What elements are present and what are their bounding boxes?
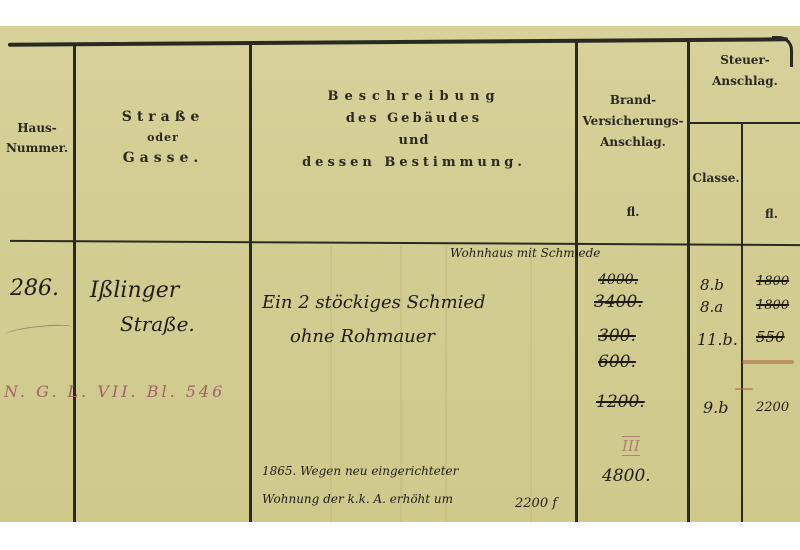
description-line-2: ohne Rohmauer (290, 326, 435, 347)
faint-rule (330, 246, 332, 522)
tax-value: 550 (756, 328, 785, 346)
fire-insurance-value-current: 4800. (602, 466, 651, 486)
header-text: Beschreibung (252, 90, 576, 103)
header-fire-insurance-unit: fl. (578, 206, 688, 218)
tax-class: 8.a (700, 298, 723, 316)
header-bottom-rule (10, 240, 800, 246)
pencil-mark (4, 322, 75, 340)
header-text: Straße (76, 110, 250, 124)
faint-rule (445, 246, 447, 522)
header-street: Straße oder Gasse. (76, 110, 250, 165)
header-tax: Steuer- Anschlag. (690, 54, 800, 87)
header-text: dessen Bestimmung. (252, 156, 576, 169)
header-description: Beschreibung des Gebäudes und dessen Bes… (252, 90, 576, 169)
note-1865-line-1: 1865. Wegen neu eingerichteter (262, 464, 458, 478)
header-text: Versicherungs- (578, 115, 688, 127)
fire-insurance-value: 1200. (596, 392, 645, 412)
header-text: Anschlag. (578, 136, 688, 148)
header-tax-unit: fl. (743, 208, 800, 220)
header-text: des Gebäudes (252, 112, 576, 125)
description-line-1: Ein 2 stöckiges Schmied (262, 292, 486, 313)
tax-class: 8.b (700, 276, 724, 294)
header-text: Brand- (578, 94, 688, 106)
header-fire-insurance: Brand- Versicherungs- Anschlag. (578, 94, 688, 148)
header-tax-class: Classe. (690, 172, 742, 184)
header-text: Haus- (0, 122, 74, 134)
header-text: Gasse. (76, 151, 250, 165)
ink-smear (742, 360, 794, 364)
tax-value: 1800 (756, 298, 789, 313)
entry-street-line-1: Ißlinger (90, 278, 179, 303)
tax-value: 1800 (756, 274, 789, 289)
fire-insurance-value: 3400. (594, 292, 643, 312)
header-text: Anschlag. (690, 75, 800, 87)
note-1865-amount: 2200 f (515, 496, 557, 511)
entry-house-number: 286. (10, 276, 59, 301)
header-text: und (252, 134, 576, 147)
fire-insurance-value: 300. (598, 326, 636, 346)
tax-class: 11.b. (697, 330, 738, 349)
header-text: Steuer- (690, 54, 800, 66)
fire-insurance-value: 4000. (598, 272, 638, 288)
faint-rule (400, 246, 402, 522)
note-1865-line-2: Wohnung der k.k. A. erhöht um (262, 492, 453, 506)
tax-subheader-rule (690, 122, 800, 124)
ledger-page: Haus- Nummer. Straße oder Gasse. Beschre… (0, 26, 800, 522)
faint-rule (530, 246, 532, 522)
tax-value-current: 2200 (756, 400, 789, 415)
entry-reference-note: N. G. L. VII. Bl. 546 (4, 382, 225, 401)
description-insertion: Wohnhaus mit Schmiede (450, 246, 600, 260)
fire-insurance-value: 600. (598, 352, 636, 372)
tax-class: 9.b (703, 398, 729, 417)
ink-smear (735, 388, 753, 390)
header-house-number: Haus- Nummer. (0, 122, 74, 154)
header-text: oder (76, 132, 250, 143)
top-border (8, 37, 788, 46)
entry-street-line-2: Straße. (120, 312, 195, 336)
header-text: Nummer. (0, 142, 74, 154)
fire-insurance-roman-mark: III (622, 436, 640, 456)
